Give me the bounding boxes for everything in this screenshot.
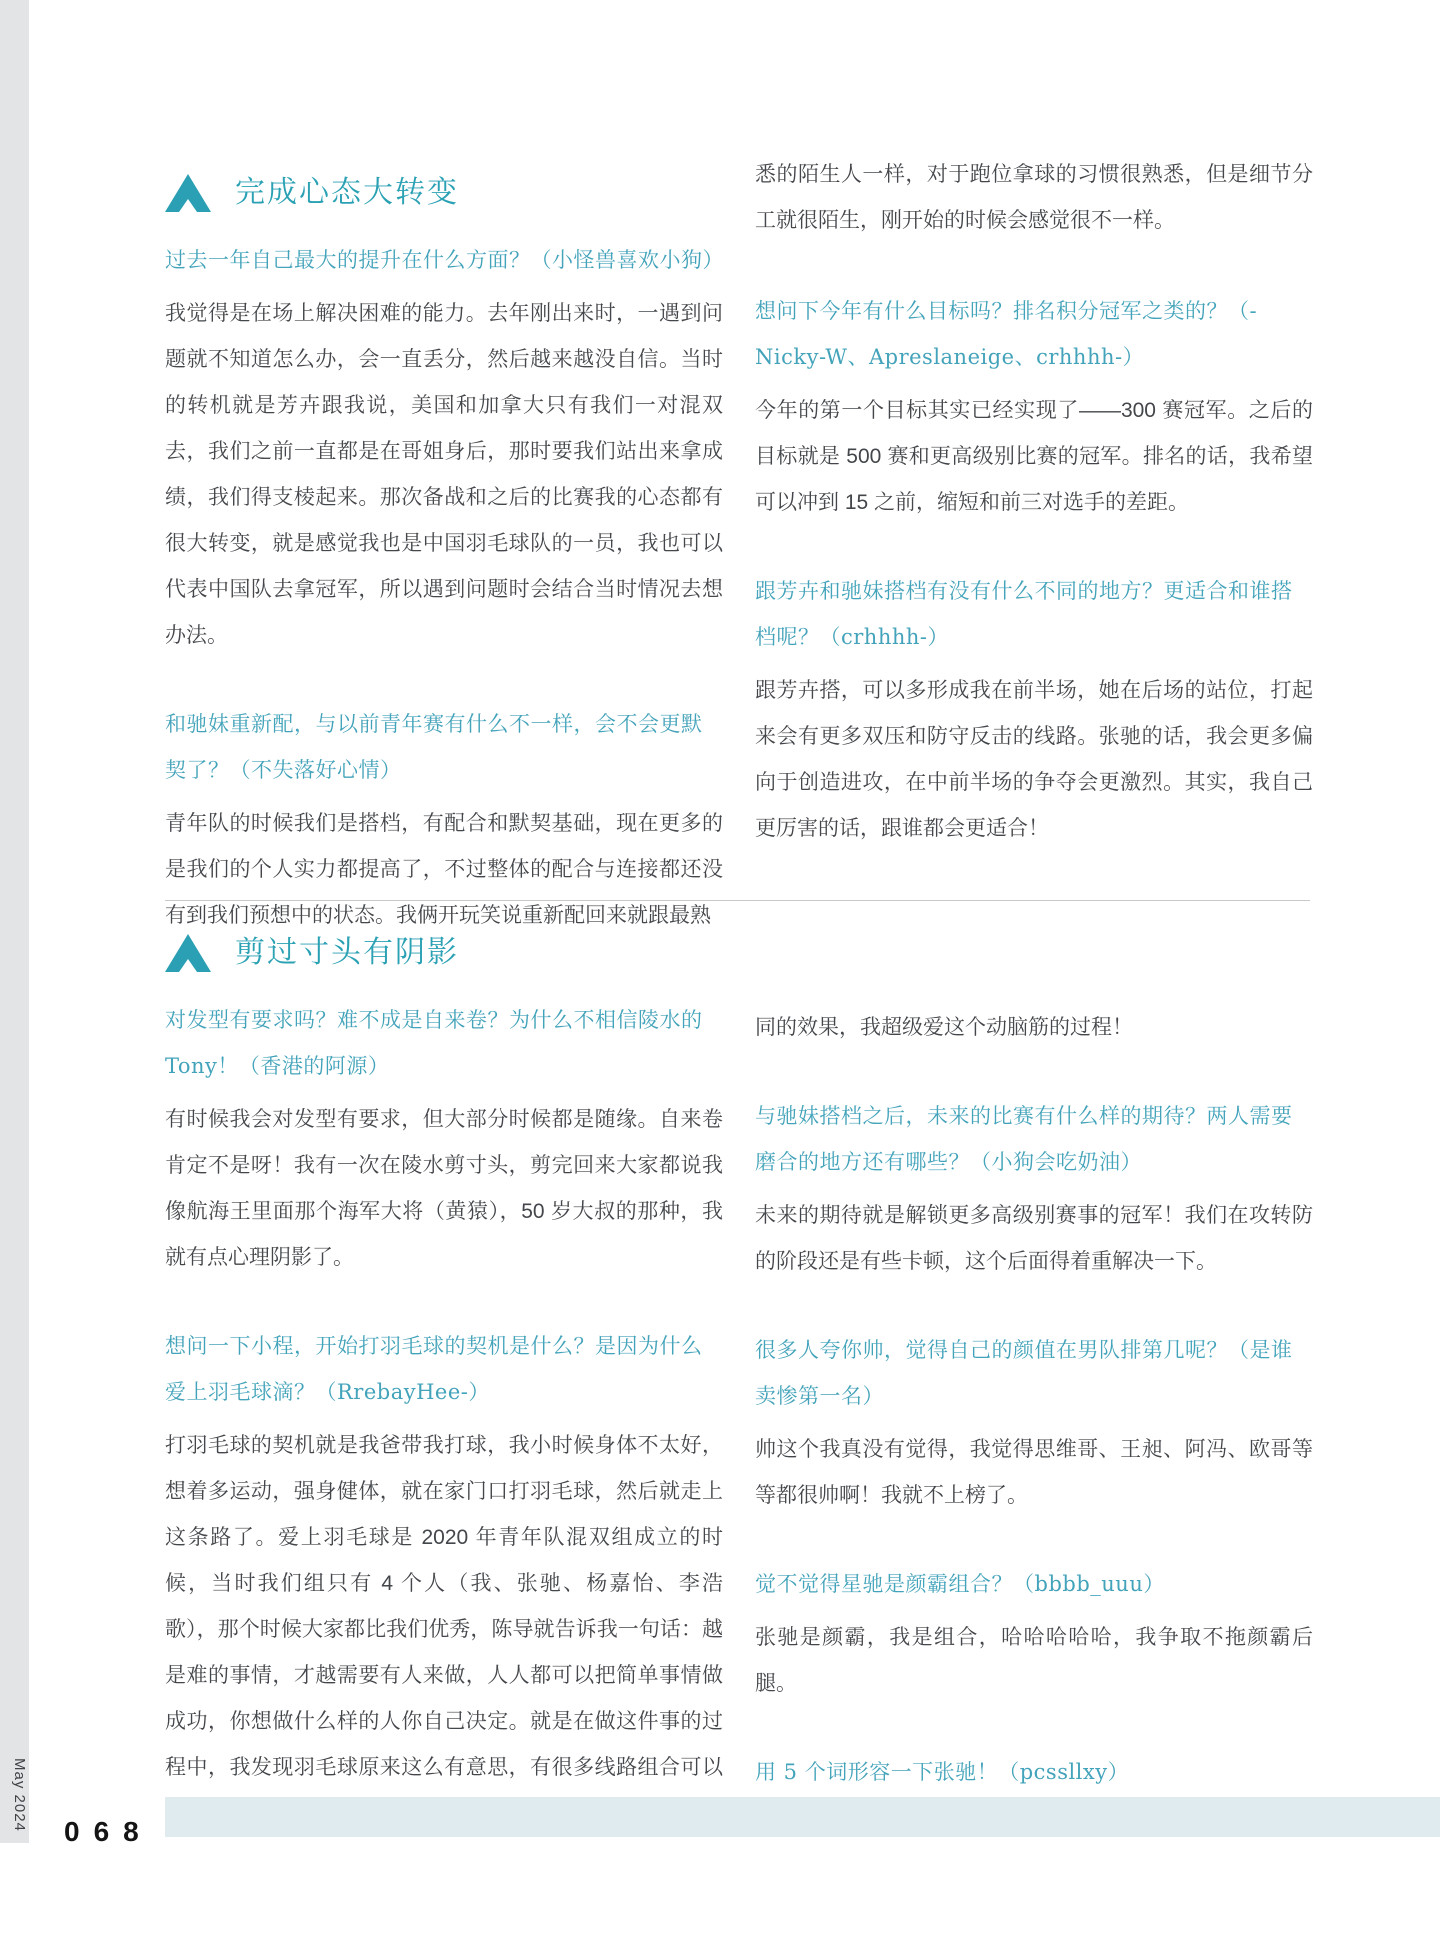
question-text: 跟芳卉和驰妹搭档有没有什么不同的地方？更适合和谁搭档呢？（crhhhh-） xyxy=(755,568,1313,660)
magazine-page: 完成心态大转变 过去一年自己最大的提升在什么方面？（小怪兽喜欢小狗） 我觉得是在… xyxy=(0,0,1440,1953)
section-haircut: 剪过寸头有阴影 对发型有要求吗？难不成是自来卷？为什么不相信陵水的 Tony！（… xyxy=(165,933,1313,1849)
answer-text: 跟芳卉搭，可以多形成我在前半场，她在后场的站位，打起来会有更多双压和防守反击的线… xyxy=(755,668,1313,852)
question-text: 觉不觉得星驰是颜霸组合？（bbbb_uuu） xyxy=(755,1561,1313,1607)
answer-text: 我觉得是在场上解决困难的能力。去年刚出来时，一遇到问题就不知道怎么办，会一直丢分… xyxy=(165,291,723,659)
answer-text: 帅这个我真没有觉得，我觉得思维哥、王昶、阿冯、欧哥等等都很帅啊！我就不上榜了。 xyxy=(755,1427,1313,1519)
question-text: 想问下今年有什么目标吗？排名积分冠军之类的？（-Nicky-W、Apreslan… xyxy=(755,288,1313,380)
question-text: 用 5 个词形容一下张驰！（pcssllxy） xyxy=(755,1749,1313,1795)
column-right: 悉的陌生人一样，对于跑位拿球的习惯很熟悉，但是细节分工就很陌生，刚开始的时候会感… xyxy=(755,140,1313,852)
answer-text: 有时候我会对发型有要求，但大部分时候都是随缘。自来卷肯定不是呀！我有一次在陵水剪… xyxy=(165,1097,723,1281)
question-text: 过去一年自己最大的提升在什么方面？（小怪兽喜欢小狗） xyxy=(165,237,723,283)
page-number: 068 xyxy=(64,1816,153,1848)
question-text: 对发型有要求吗？难不成是自来卷？为什么不相信陵水的 Tony！（香港的阿源） xyxy=(165,997,723,1089)
footer-accent-bar xyxy=(165,1797,1440,1837)
question-text: 想问一下小程，开始打羽毛球的契机是什么？是因为什么爱上羽毛球滴？（RrebayH… xyxy=(165,1323,723,1415)
section-mindset: 完成心态大转变 过去一年自己最大的提升在什么方面？（小怪兽喜欢小狗） 我觉得是在… xyxy=(165,140,1313,939)
triangle-icon xyxy=(165,934,211,972)
triangle-icon xyxy=(165,174,211,212)
page-edge-strip xyxy=(0,0,29,1843)
section-divider xyxy=(165,900,1310,901)
answer-text: 打羽毛球的契机就是我爸带我打球，我小时候身体不太好，想着多运动，强身健体，就在家… xyxy=(165,1423,723,1837)
question-text: 与驰妹搭档之后，未来的比赛有什么样的期待？两人需要磨合的地方还有哪些？（小狗会吃… xyxy=(755,1093,1313,1185)
column-left: 剪过寸头有阴影 对发型有要求吗？难不成是自来卷？为什么不相信陵水的 Tony！（… xyxy=(165,933,723,1837)
answer-text: 同的效果，我超级爱这个动脑筋的过程！ xyxy=(755,1005,1313,1051)
section-heading: 剪过寸头有阴影 xyxy=(165,933,723,973)
answer-text: 今年的第一个目标其实已经实现了——300 赛冠军。之后的目标就是 500 赛和更… xyxy=(755,388,1313,526)
answer-text: 张驰是颜霸，我是组合，哈哈哈哈哈，我争取不拖颜霸后腿。 xyxy=(755,1615,1313,1707)
question-text: 和驰妹重新配，与以前青年赛有什么不一样，会不会更默契了？（不失落好心情） xyxy=(165,701,723,793)
section-title: 剪过寸头有阴影 xyxy=(235,933,459,973)
section-heading: 完成心态大转变 xyxy=(165,173,723,213)
column-right: 同的效果，我超级爱这个动脑筋的过程！ 与驰妹搭档之后，未来的比赛有什么样的期待？… xyxy=(755,933,1313,1849)
answer-text: 悉的陌生人一样，对于跑位拿球的习惯很熟悉，但是细节分工就很陌生，刚开始的时候会感… xyxy=(755,152,1313,244)
answer-text: 未来的期待就是解锁更多高级别赛事的冠军！我们在攻转防的阶段还是有些卡顿，这个后面… xyxy=(755,1193,1313,1285)
column-left: 完成心态大转变 过去一年自己最大的提升在什么方面？（小怪兽喜欢小狗） 我觉得是在… xyxy=(165,140,723,939)
question-text: 很多人夸你帅，觉得自己的颜值在男队排第几呢？（是谁卖惨第一名） xyxy=(755,1327,1313,1419)
answer-text: 青年队的时候我们是搭档，有配合和默契基础，现在更多的是我们的个人实力都提高了，不… xyxy=(165,801,723,939)
section-title: 完成心态大转变 xyxy=(235,173,459,213)
issue-date: May 2024 xyxy=(11,1758,28,1832)
